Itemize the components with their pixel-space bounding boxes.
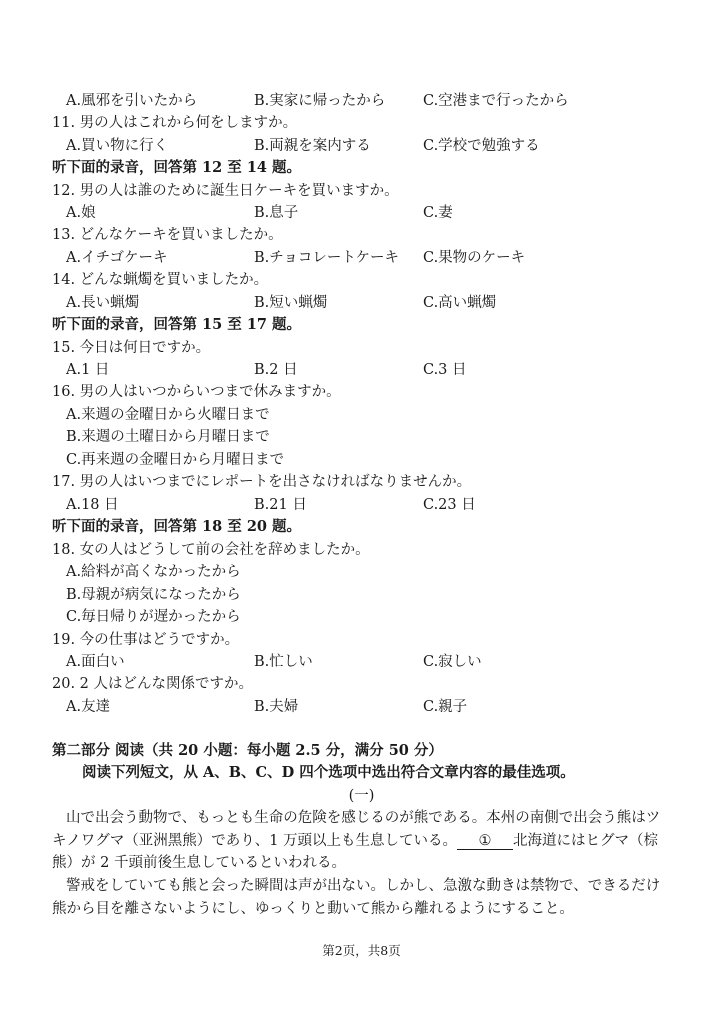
reading-section-title: 第二部分 阅读（共 20 小题：每小题 2.5 分，满分 50 分）: [52, 740, 443, 762]
q12-option-b: B.息子: [254, 202, 298, 224]
q16-option-a: A.来週の金曜日から火曜日まで: [66, 404, 270, 426]
q15-option-a: A.1 日: [66, 359, 109, 381]
q13-option-b: B.チョコレートケーキ: [254, 247, 399, 269]
exam-page: A.風邪を引いたから B.実家に帰ったから C.空港まで行ったから 11. 男の…: [0, 0, 723, 1024]
q11-option-a: A.買い物に行く: [66, 135, 168, 157]
reading-instruction: 阅读下列短文，从 A、B、C、D 四个选项中选出符合文章内容的最佳选项。: [82, 762, 575, 784]
instruction-18-20: 听下面的录音，回答第 18 至 20 题。: [52, 516, 301, 538]
q12-option-c: C.妻: [423, 202, 453, 224]
q10-option-a: A.風邪を引いたから: [66, 90, 197, 112]
q17-option-a: A.18 日: [66, 494, 119, 516]
q14-option-b: B.短い蝋燭: [254, 292, 327, 314]
q15-option-c: C.3 日: [423, 359, 467, 381]
q20-question: 20. 2 人はどんな関係ですか。: [52, 673, 253, 695]
page-indicator: 第2页，共8页: [0, 942, 723, 960]
instruction-15-17: 听下面的录音，回答第 15 至 17 题。: [52, 314, 301, 336]
q11-option-c: C.学校で勉強する: [423, 135, 540, 157]
q14-option-a: A.長い蝋燭: [66, 292, 139, 314]
blank-1: ①: [457, 833, 513, 850]
q12-option-a: A.娘: [66, 202, 96, 224]
q15-option-b: B.2 日: [254, 359, 298, 381]
q13-option-a: A.イチゴケーキ: [66, 247, 168, 269]
q17-question: 17. 男の人はいつまでにレポートを出さなければなりませんか。: [52, 471, 471, 493]
q14-question: 14. どんな蝋燭を買いましたか。: [52, 269, 268, 291]
q16-option-b: B.来週の土曜日から月曜日まで: [66, 426, 270, 448]
q18-question: 18. 女の人はどうして前の会社を辞めましたか。: [52, 539, 370, 561]
q20-option-b: B.夫婦: [254, 696, 298, 718]
q16-option-c: C.再来週の金曜日から月曜日まで: [66, 449, 284, 471]
q17-option-c: C.23 日: [423, 494, 476, 516]
q11-option-b: B.両親を案内する: [254, 135, 371, 157]
passage-paragraph-1: 山で出会う動物で、もっとも生命の危険を感じるのが熊である。本州の南側で出会う熊は…: [52, 807, 672, 875]
q16-question: 16. 男の人はいつからいつまで休みますか。: [52, 381, 341, 403]
q15-question: 15. 今日は何日ですか。: [52, 337, 210, 359]
q13-option-c: C.果物のケーキ: [423, 247, 525, 269]
q20-option-a: A.友達: [66, 696, 110, 718]
q13-question: 13. どんなケーキを買いましたか。: [52, 224, 283, 246]
instruction-12-14: 听下面的录音，回答第 12 至 14 题。: [52, 157, 301, 179]
q11-question: 11. 男の人はこれから何をしますか。: [52, 112, 297, 134]
q10-option-c: C.空港まで行ったから: [423, 90, 569, 112]
q12-question: 12. 男の人は誰のために誕生日ケーキを買いますか。: [52, 180, 399, 202]
q14-option-c: C.高い蝋燭: [423, 292, 496, 314]
passage-number: (一): [0, 785, 723, 807]
q19-option-a: A.面白い: [66, 651, 125, 673]
q19-option-c: C.寂しい: [423, 651, 482, 673]
passage-paragraph-2: 警戒をしていても熊と会った瞬間は声が出ない。しかし、急激な動きは禁物で、できるだ…: [52, 875, 672, 920]
q18-option-c: C.毎日帰りが遅かったから: [66, 606, 241, 628]
q17-option-b: B.21 日: [254, 494, 307, 516]
q20-option-c: C.親子: [423, 696, 467, 718]
q19-question: 19. 今の仕事はどうですか。: [52, 629, 239, 651]
q19-option-b: B.忙しい: [254, 651, 313, 673]
q18-option-a: A.給料が高くなかったから: [66, 561, 241, 583]
q18-option-b: B.母親が病気になったから: [66, 584, 241, 606]
q10-option-b: B.実家に帰ったから: [254, 90, 385, 112]
